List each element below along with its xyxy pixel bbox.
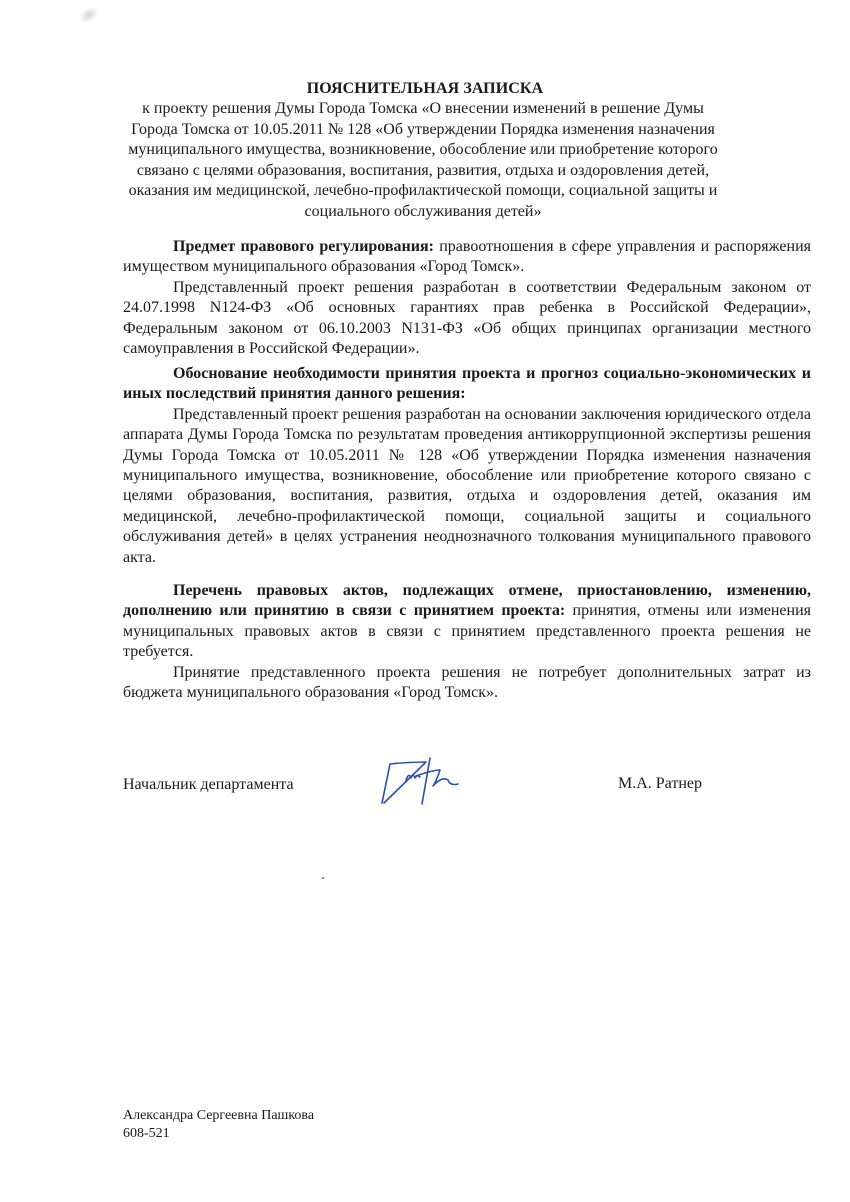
signature-block: Начальник департамента М.А. Ратнер: [123, 772, 823, 832]
document-title: ПОЯСНИТЕЛЬНАЯ ЗАПИСКА: [0, 78, 850, 100]
section-paragraph: Представленный проект решения разработан…: [123, 278, 811, 360]
section-heading: Обоснование необходимости принятия проек…: [123, 365, 811, 402]
scan-smudge: [76, 3, 102, 27]
document-page: ПОЯСНИТЕЛЬНАЯ ЗАПИСКА к проекту решения …: [0, 0, 850, 1202]
section-acts-list: Перечень правовых актов, подлежащих отме…: [123, 581, 811, 703]
contact-block: Александра Сергеевна Пашкова 608-521: [123, 1107, 314, 1143]
document-subtitle: к проекту решения Думы Города Томска «О …: [118, 99, 728, 222]
signatory-position: Начальник департамента: [123, 776, 294, 794]
section-paragraph: Представленный проект решения разработан…: [123, 405, 811, 568]
contact-phone: 608-521: [123, 1125, 314, 1143]
section-justification: Обоснование необходимости принятия проек…: [123, 364, 811, 568]
section-subject: Предмет правового регулирования: правоот…: [123, 237, 811, 359]
signatory-name: М.А. Ратнер: [618, 775, 702, 793]
contact-name: Александра Сергеевна Пашкова: [123, 1107, 314, 1125]
scan-speck: [322, 877, 324, 879]
handwritten-signature-icon: [378, 756, 493, 808]
section-paragraph: Принятие представленного проекта решения…: [123, 663, 811, 704]
section-heading: Предмет правового регулирования:: [173, 238, 434, 255]
